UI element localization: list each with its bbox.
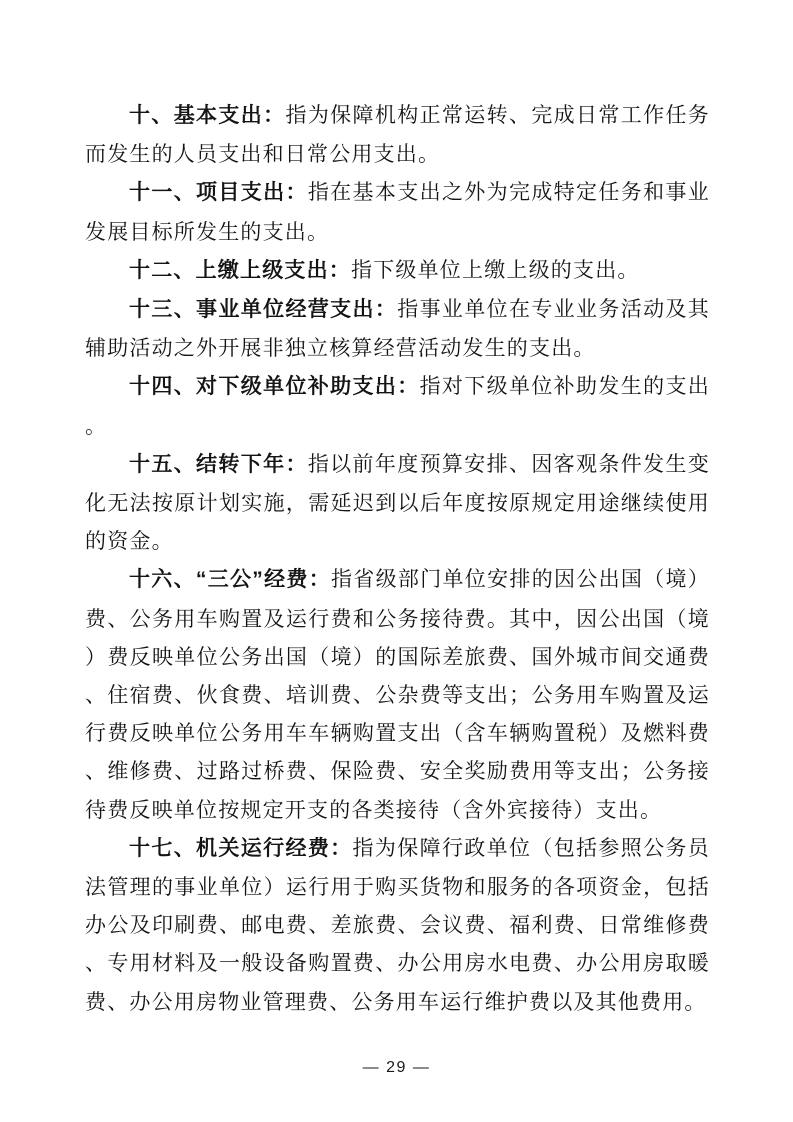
definition-paragraph: 十五、结转下年：指以前年度预算安排、因客观条件发生变化无法按原计划实施，需延迟到… bbox=[85, 445, 710, 561]
term-label: 十三、事业单位经营支出： bbox=[129, 298, 397, 321]
definition-paragraph: 十三、事业单位经营支出：指事业单位在专业业务活动及其辅助活动之外开展非独立核算经… bbox=[85, 290, 710, 367]
document-page: 十、基本支出：指为保障机构正常运转、完成日常工作任务而发生的人员支出和日常公用支… bbox=[0, 0, 793, 1122]
definition-text: 指下级单位上缴上级的支出。 bbox=[351, 258, 640, 282]
term-label: 十四、对下级单位补助支出： bbox=[129, 375, 420, 398]
definition-text: 指省级部门单位安排的因公出国（境）费、公务用车购置及运行费和公务接待费。其中，因… bbox=[85, 567, 710, 821]
term-label: 十一、项目支出： bbox=[129, 181, 308, 204]
term-label: 十六、“三公”经费： bbox=[129, 568, 331, 591]
page-number: — 29 — bbox=[0, 1059, 793, 1077]
definition-paragraph: 十、基本支出：指为保障机构正常运转、完成日常工作任务而发生的人员支出和日常公用支… bbox=[85, 96, 710, 173]
definition-paragraph: 十六、“三公”经费：指省级部门单位安排的因公出国（境）费、公务用车购置及运行费和… bbox=[85, 560, 710, 828]
definition-paragraph: 十二、上缴上级支出：指下级单位上缴上级的支出。 bbox=[85, 251, 710, 290]
text-block: 十、基本支出：指为保障机构正常运转、完成日常工作任务而发生的人员支出和日常公用支… bbox=[85, 96, 710, 1021]
term-label: 十、基本支出： bbox=[129, 104, 285, 127]
definition-text: 指为保障行政单位（包括参照公务员法管理的事业单位）运行用于购买货物和服务的各项资… bbox=[85, 836, 710, 1014]
term-label: 十二、上缴上级支出： bbox=[129, 259, 351, 282]
definition-paragraph: 十七、机关运行经费：指为保障行政单位（包括参照公务员法管理的事业单位）运行用于购… bbox=[85, 829, 710, 1021]
term-label: 十七、机关运行经费： bbox=[129, 837, 353, 860]
term-label: 十五、结转下年： bbox=[129, 453, 308, 476]
definition-paragraph: 十四、对下级单位补助支出：指对下级单位补助发生的支出。 bbox=[85, 367, 710, 444]
definition-paragraph: 十一、项目支出：指在基本支出之外为完成特定任务和事业发展目标所发生的支出。 bbox=[85, 173, 710, 250]
